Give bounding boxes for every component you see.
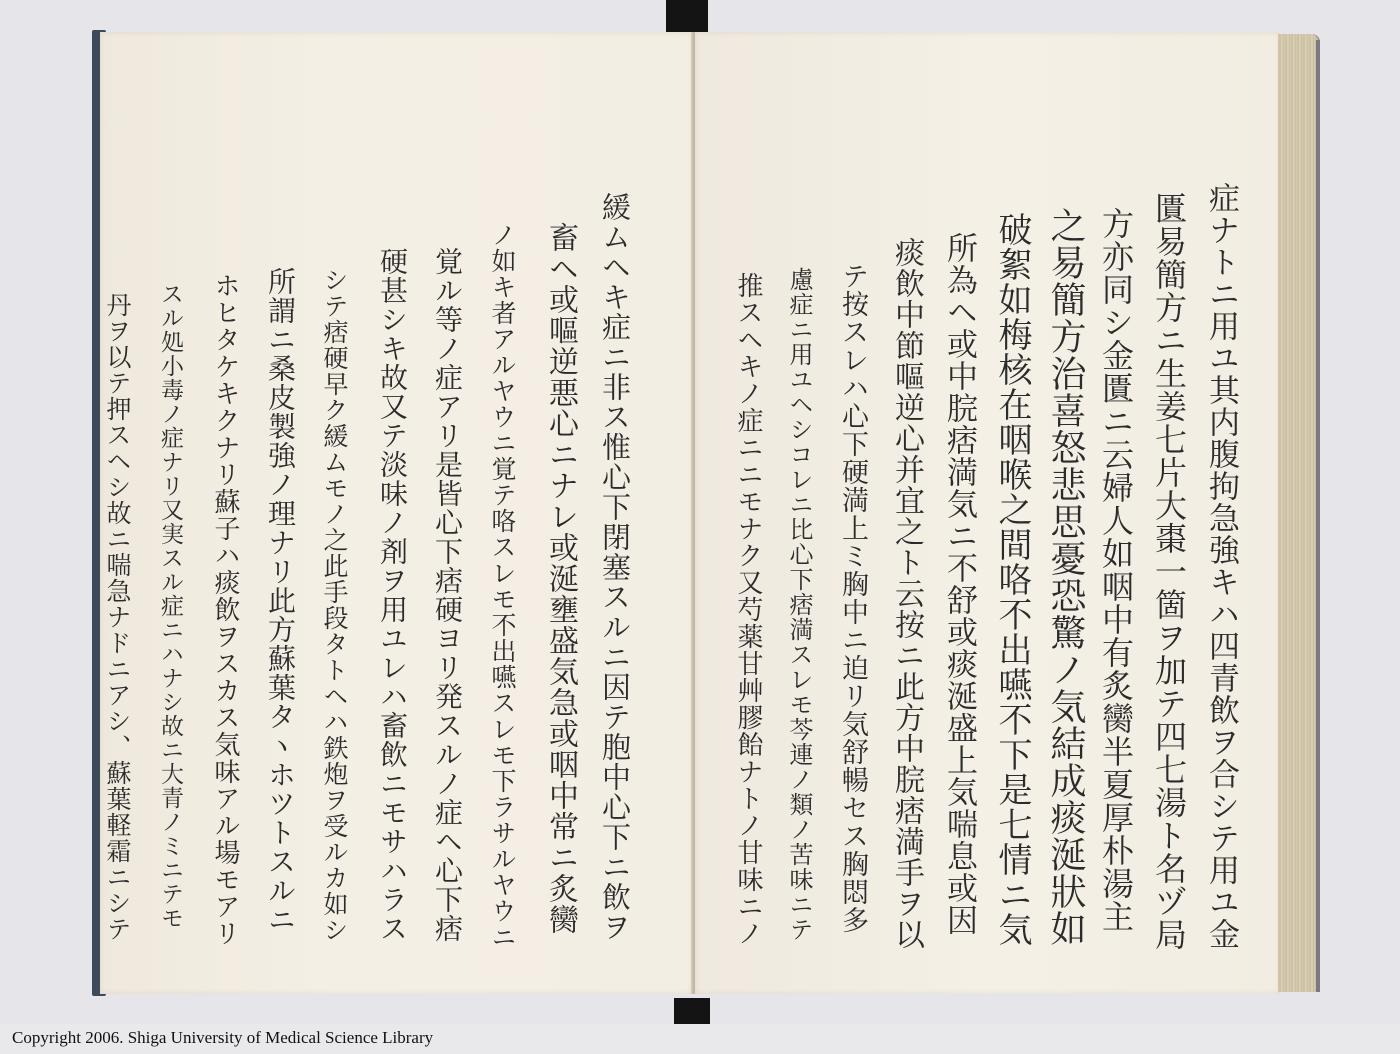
- book-cover-right-edge: [1316, 40, 1320, 992]
- text-column: テ按スレハ心下硬満上ミ胸中ニ迫リ気舒暢セス胸悶多: [839, 262, 866, 934]
- text-column: 覚ル等ノ症アリ是皆心下痞硬ヨリ発スルノ症ヘ心下痞: [433, 247, 461, 943]
- text-column: 方亦同シ金匱ニ云婦人如咽中有炙臠半夏厚朴湯主: [1100, 207, 1132, 933]
- copyright-notice: Copyright 2006. Shiga University of Medi…: [12, 1028, 433, 1048]
- right-page: 症ナトニ用ユ其内腹拘急強キハ四青飲ヲ合シテ用ユ金 匱易簡方ニ生姜七片大棗一箇ヲ加…: [695, 32, 1280, 994]
- scanned-book-image: 緩ムヘキ症ニ非ス惟心下閉塞スルニ因テ胞中心下ニ飲ヲ 畜ヘ或嘔逆悪心ニナレ或涎壅盛…: [0, 0, 1400, 1024]
- left-page: 緩ムヘキ症ニ非ス惟心下閉塞スルニ因テ胞中心下ニ飲ヲ 畜ヘ或嘔逆悪心ニナレ或涎壅盛…: [100, 32, 693, 994]
- text-column: 所為ヘ或中脘痞満気ニ不舒或痰涎盛上気喘息或因: [943, 232, 974, 936]
- text-column: スル処小毒ノ症ナリ又実スル症ニハナシ故ニ大青ノミニテモ: [158, 282, 181, 930]
- text-column: 症ナトニ用ユ其内腹拘急強キハ四青飲ヲ合シテ用ユ金: [1205, 182, 1236, 950]
- text-column: 緩ムヘキ症ニ非ス惟心下閉塞スルニ因テ胞中心下ニ飲ヲ: [600, 192, 629, 942]
- book-fore-edge: [1278, 34, 1320, 992]
- text-column: 所謂ニ桑皮製強ノ理ナリ此方蘇葉タヽホツトスルニ: [266, 267, 294, 934]
- text-column: 畜ヘ或嘔逆悪心ニナレ或涎壅盛気急或咽中常ニ炙臠: [545, 222, 575, 935]
- text-column: ノ如キ者アルヤウニ覚テ咯スレモ不出嚥スレモ下ラサルヤウニ: [490, 222, 515, 950]
- text-column: 破絮如梅核在咽喉之間咯不出嚥不下是七情ニ気: [995, 212, 1029, 947]
- text-column: 硬甚シキ故又テ淡味ノ剤ヲ用ユレハ畜飲ニモサハラス: [378, 247, 406, 943]
- text-column: 痰飲中節嘔逆心并宜之ト云按ニ此方中脘痞満手ヲ以: [891, 237, 921, 950]
- text-column: 之易簡方治喜怒悲思憂恐驚ノ気結成痰涎狀如: [1047, 207, 1083, 947]
- text-column: 慮症ニ用ユヘシコレニ比心下痞満スレモ芩連ノ類ノ苦味ニテ: [787, 267, 811, 942]
- text-column: シテ痞硬早ク緩ムモノ之此手段タトヘハ鉄炮ヲ受ルカ如シ: [322, 267, 347, 943]
- text-column: 推スヘキノ症ニニモナク又芍薬甘艸膠飴ナトノ甘味ニノ: [735, 272, 761, 947]
- text-column: ホヒタケキクナリ蘇子ハ痰飲ヲスカス気味アル場モアリ: [212, 272, 238, 947]
- text-column: 匱易簡方ニ生姜七片大棗一箇ヲ加テ四七湯ト名ヅ局: [1153, 192, 1185, 951]
- bookmark-ribbon-bottom: [674, 998, 710, 1024]
- bookmark-ribbon-top: [666, 0, 708, 36]
- text-column: 丹ヲ以テ押スヘシ故ニ喘急ナドニアシ、蘇葉軽霜ニシテ: [105, 292, 130, 942]
